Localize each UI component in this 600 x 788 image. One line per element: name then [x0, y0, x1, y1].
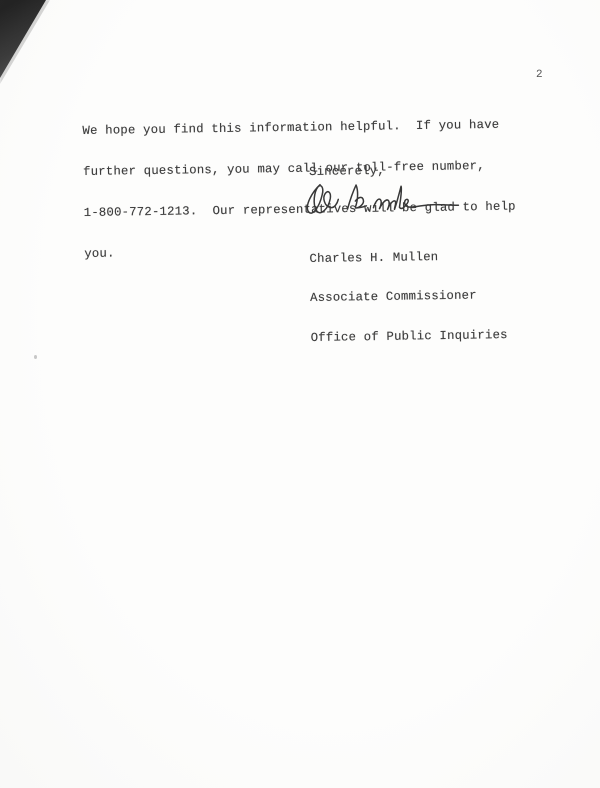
signatory-office: Office of Public Inquiries — [311, 329, 508, 345]
body-line: We hope you find this information helpfu… — [82, 119, 514, 139]
signatory-name: Charles H. Mullen — [309, 250, 506, 266]
scan-speck-artifact — [34, 355, 37, 359]
signature-icon — [300, 179, 463, 224]
page-number: 2 — [536, 69, 543, 81]
signatory-title: Associate Commissioner — [310, 290, 507, 306]
body-line: further questions, you may call our toll… — [83, 160, 515, 180]
closing-salutation: Sincerely, — [309, 164, 385, 179]
scanned-letter-page: 2 We hope you find this information help… — [0, 0, 600, 788]
signature-block: Charles H. Mullen Associate Commissioner… — [309, 223, 508, 372]
